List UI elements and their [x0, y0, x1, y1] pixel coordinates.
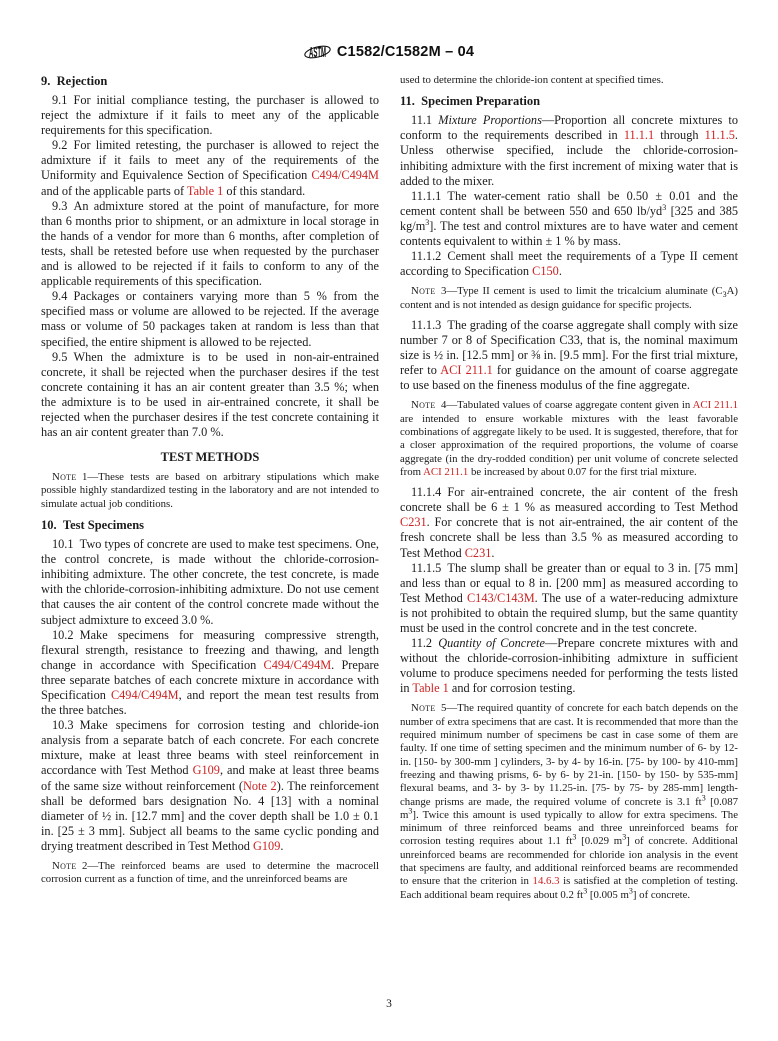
styled-text: 3	[583, 886, 587, 895]
paragraph: 9.4 Packages or containers varying more …	[41, 289, 379, 349]
italic-text: Mixture Proportions	[438, 113, 542, 127]
italic-text: Quantity of Concrete	[438, 636, 545, 650]
document-body: 9. Rejection9.1 For initial compliance t…	[41, 74, 738, 908]
paragraph: 11.1.4 For air-entrained concrete, the a…	[400, 485, 738, 560]
section-heading: 9. Rejection	[41, 74, 379, 89]
section-heading: 11. Specimen Preparation	[400, 94, 738, 109]
styled-text: 3	[425, 218, 429, 227]
paragraph: 11.2 Quantity of Concrete—Prepare concre…	[400, 636, 738, 696]
note-paragraph: Note 3—Type II cement is used to limit t…	[400, 285, 738, 312]
ref-link[interactable]: G109	[253, 839, 280, 853]
note-label: Note	[52, 471, 77, 483]
ref-link[interactable]: C150	[532, 264, 559, 278]
styled-text: 3	[622, 833, 626, 842]
section-heading: 10. Test Specimens	[41, 518, 379, 533]
ref-link[interactable]: C231	[465, 546, 492, 560]
paragraph: 10.3 Make specimens for corrosion testin…	[41, 718, 379, 854]
styled-text: 3	[408, 806, 412, 815]
note-label: Note	[52, 860, 77, 872]
paragraph: 9.1 For initial compliance testing, the …	[41, 93, 379, 138]
note-label: Note	[411, 702, 436, 714]
paragraph: 11.1.2 Cement shall meet the requirement…	[400, 249, 738, 279]
styled-text: 3	[572, 833, 576, 842]
ref-link[interactable]: C231	[400, 515, 427, 529]
page-number: 3	[386, 998, 392, 1010]
right-column: used to determine the chloride-ion conte…	[400, 74, 738, 908]
ref-link[interactable]: ACI 211.1	[693, 399, 738, 411]
ref-link[interactable]: C494/C494M	[264, 658, 332, 672]
styled-text: 3	[723, 290, 727, 299]
note-label: Note	[411, 399, 436, 411]
ref-link[interactable]: Table 1	[187, 184, 223, 198]
paragraph: 11.1.1 The water-cement ratio shall be 0…	[400, 189, 738, 249]
note-label: Note	[411, 285, 436, 297]
ref-link[interactable]: C494/C494M	[111, 688, 179, 702]
paragraph: 9.5 When the admixture is to be used in …	[41, 350, 379, 441]
ref-link[interactable]: 11.1.1	[624, 128, 654, 142]
paragraph: 11.1.3 The grading of the coarse aggrega…	[400, 318, 738, 393]
paragraph: 11.1.5 The slump shall be greater than o…	[400, 561, 738, 636]
note-paragraph: Note 2—The reinforced beams are used to …	[41, 860, 379, 887]
styled-text: 3	[629, 886, 633, 895]
center-heading: TEST METHODS	[41, 450, 379, 465]
note-paragraph: Note 1—These tests are based on arbitrar…	[41, 471, 379, 511]
page-footer: 3	[0, 998, 778, 1010]
ref-link[interactable]: C494/C494M	[311, 168, 379, 182]
astm-logo-icon: ASTM	[304, 41, 331, 63]
ref-link[interactable]: ACI 211.1	[423, 466, 468, 478]
ref-link[interactable]: 14.6.3	[533, 875, 560, 887]
note-paragraph: Note 5—The required quantity of concrete…	[400, 702, 738, 901]
ref-link[interactable]: 11.1.5	[705, 128, 735, 142]
note-paragraph: Note 4—Tabulated values of coarse aggreg…	[400, 399, 738, 479]
paragraph: 11.1 Mixture Proportions—Proportion all …	[400, 113, 738, 188]
ref-link[interactable]: ACI 211.1	[440, 363, 493, 377]
document-page: ASTM C1582/C1582M – 04 9. Rejection9.1 F…	[0, 0, 778, 1041]
paragraph: 9.2 For limited retesting, the purchaser…	[41, 138, 379, 198]
styled-text: 3	[702, 793, 706, 802]
note-continuation: used to determine the chloride-ion conte…	[400, 74, 738, 87]
styled-text: 3	[662, 203, 666, 212]
doc-code: C1582/C1582M – 04	[337, 44, 474, 60]
paragraph: 10.2 Make specimens for measuring compre…	[41, 628, 379, 719]
ref-link[interactable]: C143/C143M	[467, 591, 535, 605]
ref-link[interactable]: Table 1	[412, 681, 448, 695]
left-column: 9. Rejection9.1 For initial compliance t…	[41, 74, 379, 908]
paragraph: 9.3 An admixture stored at the point of …	[41, 199, 379, 290]
page-header: ASTM C1582/C1582M – 04	[0, 41, 778, 63]
ref-link[interactable]: G109	[193, 763, 220, 777]
paragraph: 10.1 Two types of concrete are used to m…	[41, 537, 379, 628]
ref-link[interactable]: Note 2	[243, 779, 277, 793]
